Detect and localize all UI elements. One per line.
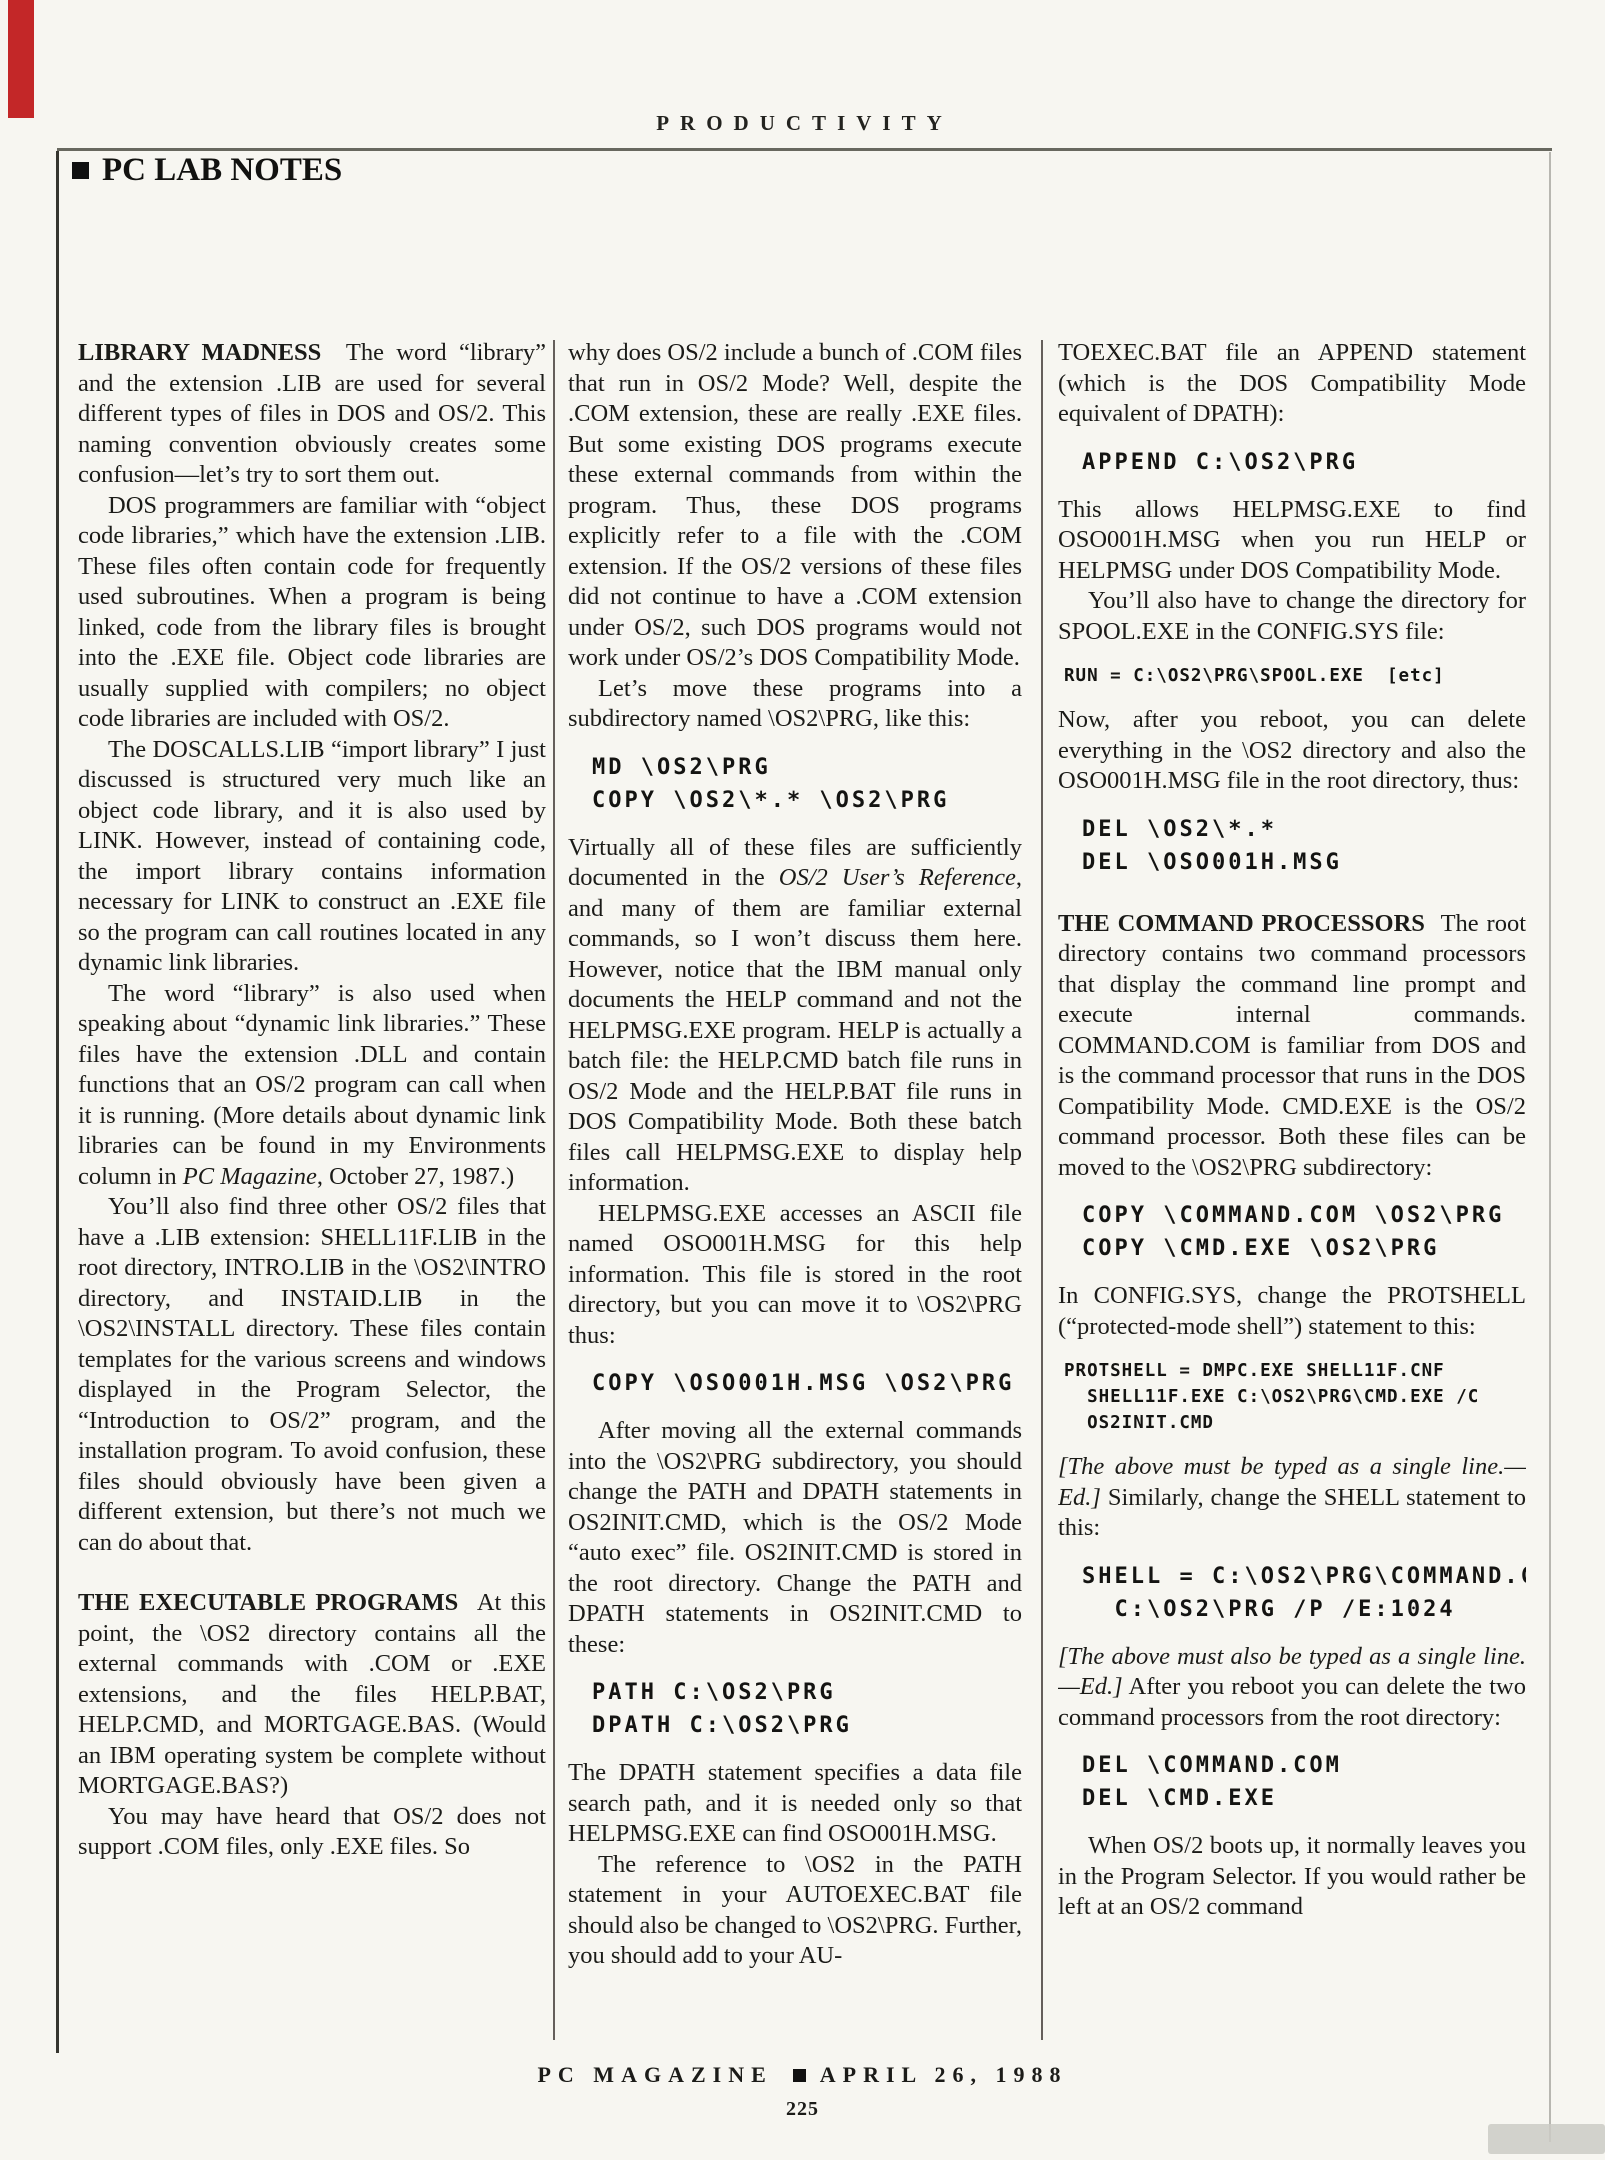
paragraph: Let’s move these programs into a subdire… (568, 674, 1022, 735)
paragraph: Now, after you reboot, you can delete ev… (1058, 705, 1526, 797)
paragraph: HELPMSG.EXE accesses an ASCII file named… (568, 1199, 1022, 1352)
paragraph: [The above must also be typed as a singl… (1058, 1642, 1526, 1734)
run-in-heading: THE COMMAND PROCESSORS (1058, 910, 1441, 937)
paragraph: You’ll also find three other OS/2 files … (78, 1192, 546, 1558)
square-bullet-icon (72, 162, 89, 179)
code-block: APPEND C:\OS2\PRG (1058, 446, 1526, 479)
code-block: PATH C:\OS2\PRG DPATH C:\OS2\PRG (568, 1676, 1022, 1742)
text-segment: At this point, the \OS2 directory contai… (78, 1589, 546, 1799)
section-label: PRODUCTIVITY (57, 111, 1552, 136)
paragraph: DOS programmers are familiar with “objec… (78, 491, 546, 735)
column-divider (553, 340, 555, 2040)
code-block: MD \OS2\PRG COPY \OS2\*.* \OS2\PRG (568, 751, 1022, 817)
text-segment: , and many of them are familiar external… (568, 864, 1022, 1196)
footer-date: APRIL 26, 1988 (820, 2062, 1068, 2087)
text-segment: why does OS/2 include a bunch of .COM fi… (568, 339, 1022, 671)
text-segment: You may have heard that OS/2 does not su… (78, 1803, 546, 1861)
red-corner-mark (8, 0, 34, 118)
magazine-page: PRODUCTIVITY PC LAB NOTES LIBRARY MADNES… (0, 0, 1605, 2160)
text-segment: TOEXEC.BAT file an APPEND statement (whi… (1058, 339, 1526, 427)
text-segment: , October 27, 1987.) (317, 1163, 514, 1190)
paragraph: [The above must be typed as a single lin… (1058, 1452, 1526, 1544)
paragraph: This allows HELPMSG.EXE to find OSO001H.… (1058, 495, 1526, 587)
paragraph: The DOSCALLS.LIB “import library” I just… (78, 735, 546, 979)
text-segment: The DPATH statement specifies a data fil… (568, 1759, 1022, 1847)
paragraph: You may have heard that OS/2 does not su… (78, 1802, 546, 1863)
paragraph: After moving all the external commands i… (568, 1416, 1022, 1660)
column-divider (1041, 340, 1043, 2040)
run-in-heading: THE EXECUTABLE PROGRAMS (78, 1589, 477, 1616)
paragraph: why does OS/2 include a bunch of .COM fi… (568, 338, 1022, 674)
run-in-heading: LIBRARY MADNESS (78, 339, 346, 366)
page-footer: PC MAGAZINEAPRIL 26, 1988 (0, 2062, 1605, 2088)
footer-magazine-name: PC MAGAZINE (537, 2062, 772, 2087)
paragraph: TOEXEC.BAT file an APPEND statement (whi… (1058, 338, 1526, 430)
text-segment: OS/2 User’s Reference (779, 864, 1016, 891)
text-segment: After moving all the external commands i… (568, 1417, 1022, 1658)
text-segment: You’ll also find three other OS/2 files … (78, 1193, 546, 1556)
text-segment: This allows HELPMSG.EXE to find OSO001H.… (1058, 496, 1526, 584)
article-column-3: TOEXEC.BAT file an APPEND statement (whi… (1058, 338, 1526, 2050)
code-block: SHELL = C:\OS2\PRG\COMMAND.COM C:\OS2\PR… (1058, 1560, 1526, 1626)
text-segment: Now, after you reboot, you can delete ev… (1058, 706, 1526, 794)
scan-smudge (1488, 2124, 1605, 2154)
page-number: 225 (0, 2098, 1605, 2121)
text-segment: PC Magazine (183, 1163, 317, 1190)
paragraph: You’ll also have to change the directory… (1058, 586, 1526, 647)
right-border-rule (1549, 152, 1551, 2142)
text-segment: The DOSCALLS.LIB “import library” I just… (78, 736, 546, 977)
column-title: PC LAB NOTES (102, 152, 342, 189)
code-block: DEL \COMMAND.COM DEL \CMD.EXE (1058, 1749, 1526, 1815)
column-header: PC LAB NOTES (72, 152, 342, 189)
text-segment: The word “library” is also used when spe… (78, 980, 546, 1190)
paragraph: The reference to \OS2 in the PATH statem… (568, 1850, 1022, 1972)
code-block: PROTSHELL = DMPC.EXE SHELL11F.CNF SHELL1… (1058, 1358, 1526, 1436)
paragraph: The DPATH statement specifies a data fil… (568, 1758, 1022, 1850)
text-segment: When OS/2 boots up, it normally leaves y… (1058, 1832, 1526, 1920)
text-segment: After you reboot you can delete the two … (1058, 1673, 1526, 1731)
code-block: RUN = C:\OS2\PRG\SPOOL.EXE [etc] (1058, 663, 1526, 689)
text-segment: The root directory contains two command … (1058, 910, 1526, 1181)
paragraph: LIBRARY MADNESS The word “library” and t… (78, 338, 546, 491)
article-column-2: why does OS/2 include a bunch of .COM fi… (568, 338, 1022, 2050)
paragraph: In CONFIG.SYS, change the PROTSHELL (“pr… (1058, 1281, 1526, 1342)
text-segment: You’ll also have to change the directory… (1058, 587, 1526, 645)
text-segment: Similarly, change the SHELL statement to… (1058, 1484, 1526, 1542)
paragraph: The word “library” is also used when spe… (78, 979, 546, 1193)
article-column-1: LIBRARY MADNESS The word “library” and t… (78, 338, 546, 2050)
text-segment: In CONFIG.SYS, change the PROTSHELL (“pr… (1058, 1282, 1526, 1340)
code-block: COPY \COMMAND.COM \OS2\PRG COPY \CMD.EXE… (1058, 1199, 1526, 1265)
text-segment: DOS programmers are familiar with “objec… (78, 492, 546, 733)
paragraph: When OS/2 boots up, it normally leaves y… (1058, 1831, 1526, 1923)
paragraph: THE EXECUTABLE PROGRAMS At this point, t… (78, 1588, 546, 1802)
code-block: COPY \OSO001H.MSG \OS2\PRG (568, 1367, 1022, 1400)
paragraph: Virtually all of these files are suffici… (568, 833, 1022, 1199)
text-segment: Let’s move these programs into a subdire… (568, 675, 1022, 733)
left-border-rule (56, 151, 59, 2053)
text-segment: The reference to \OS2 in the PATH statem… (568, 1851, 1022, 1970)
text-segment: HELPMSG.EXE accesses an ASCII file named… (568, 1200, 1022, 1349)
square-separator-icon (793, 2069, 806, 2082)
section-header-band: PRODUCTIVITY (57, 0, 1552, 151)
code-block: DEL \OS2\*.* DEL \OSO001H.MSG (1058, 813, 1526, 879)
paragraph: THE COMMAND PROCESSORS The root director… (1058, 909, 1526, 1184)
